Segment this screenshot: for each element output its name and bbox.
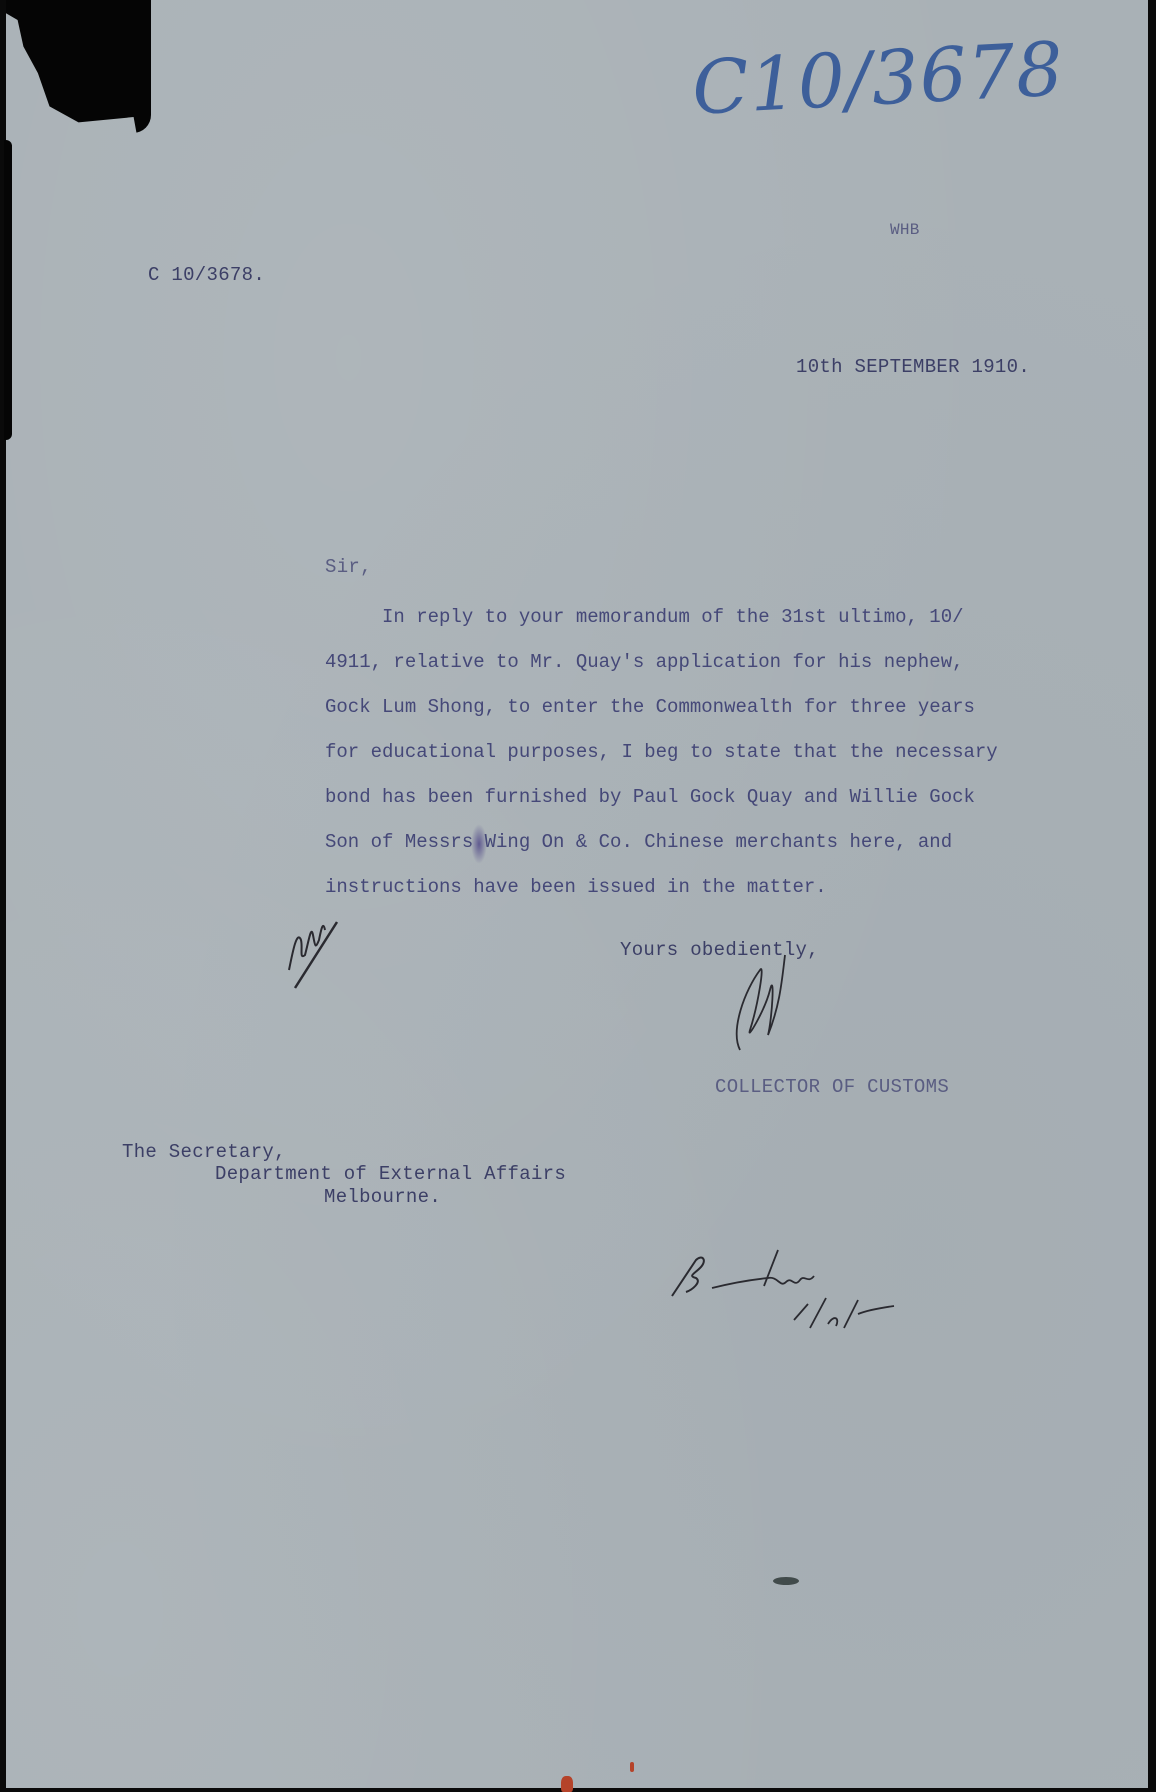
letter-date: 10th SEPTEMBER 1910.	[796, 358, 1030, 377]
ink-blot	[471, 824, 487, 864]
filing-note-signature	[668, 1248, 888, 1348]
file-reference: C 10/3678.	[148, 266, 265, 285]
red-mark	[630, 1762, 634, 1772]
torn-left-edge	[4, 140, 12, 440]
red-mark	[561, 1776, 573, 1792]
body-line: for educational purposes, I beg to state…	[325, 741, 998, 763]
addressee-line-2: Department of External Affairs	[215, 1165, 566, 1184]
collector-signature	[720, 950, 800, 1060]
addressee-line-1: The Secretary,	[122, 1143, 286, 1162]
typed-initials: WHB	[890, 222, 920, 238]
body-line: In reply to your memorandum of the 31st …	[325, 606, 964, 628]
signatory-title: COLLECTOR OF CUSTOMS	[715, 1078, 949, 1097]
ink-speck	[773, 1577, 799, 1585]
margin-initials-signature	[285, 910, 375, 1000]
addressee-line-3: Melbourne.	[324, 1188, 441, 1207]
body-line: instructions have been issued in the mat…	[325, 876, 827, 898]
body-line: Gock Lum Shong, to enter the Commonwealt…	[325, 696, 975, 718]
body-line: 4911, relative to Mr. Quay's application…	[325, 651, 964, 673]
body-line: Son of Messrs Wing On & Co. Chinese merc…	[325, 831, 952, 853]
salutation: Sir,	[325, 558, 372, 577]
body-line: bond has been furnished by Paul Gock Qua…	[325, 786, 975, 808]
